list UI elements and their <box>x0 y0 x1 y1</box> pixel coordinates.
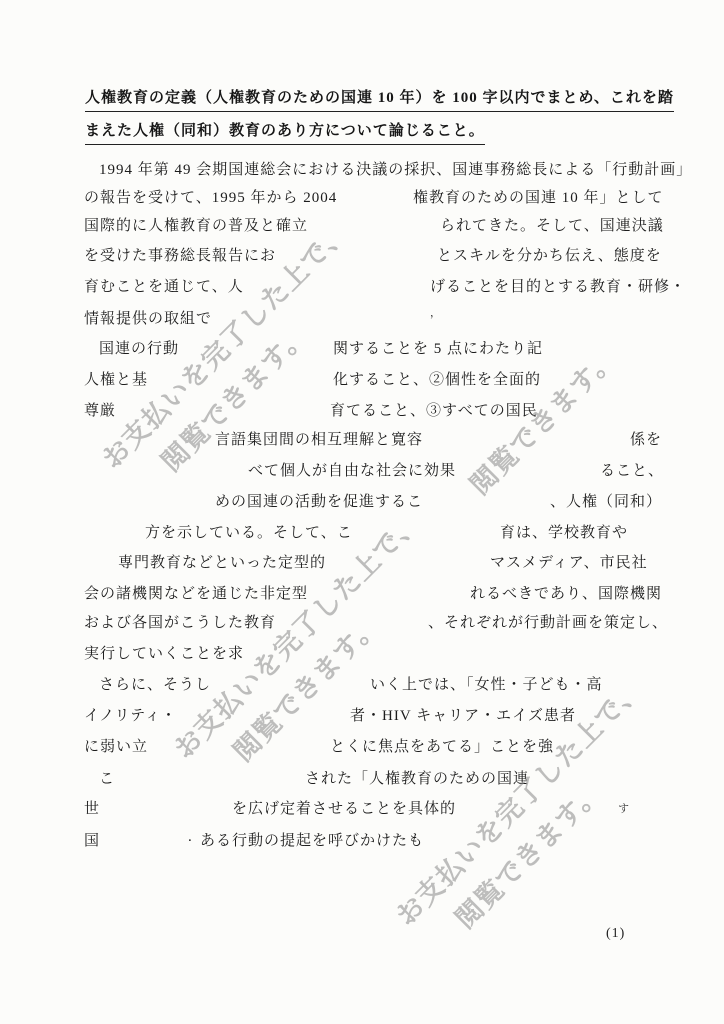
body-text-fragment: 方を示している。そして、こ <box>145 521 353 542</box>
body-text-fragment: 係を <box>630 428 662 449</box>
body-text-fragment: 言語集団間の相互理解と寛容 <box>215 428 423 449</box>
body-text-fragment: 情報提供の取組で <box>84 307 212 328</box>
body-text-fragment: . <box>188 829 193 846</box>
document-title-line-2: まえた人権（同和）教育のあり方について論じること。 <box>85 119 485 145</box>
document-page: 人権教育の定義（人権教育のための国連 10 年）を 100 字以内でまとめ、これ… <box>0 0 724 1024</box>
payment-watermark-line: 閲覧できます。 <box>460 338 628 506</box>
body-text-fragment: す <box>618 800 630 816</box>
body-text-fragment: ， <box>430 304 442 320</box>
body-text-fragment: さらに、そうし <box>99 673 211 694</box>
body-text-fragment: 関することを 5 点にわたり記 <box>333 337 543 358</box>
body-text-fragment: を広げ定着させることを具体的 <box>232 797 456 818</box>
body-text-fragment: 会の諸機関などを通じた非定型 <box>84 582 308 603</box>
body-text-fragment: 化すること、②個性を全面的 <box>333 368 541 389</box>
body-text-fragment: 権教育のための国連 10 年」として <box>413 186 664 207</box>
body-text-fragment: イノリティ・ <box>84 704 177 725</box>
body-text-fragment: られてきた。そして、国連決議 <box>440 214 664 235</box>
body-text-fragment: 育てること、③すべての国民 <box>330 399 538 420</box>
document-title-line-1: 人権教育の定義（人権教育のための国連 10 年）を 100 字以内でまとめ、これ… <box>85 86 674 112</box>
body-text-fragment: ること、 <box>600 459 664 480</box>
body-text-fragment: 専門教育などといった定型的 <box>118 551 326 572</box>
page-number: (1) <box>606 926 625 942</box>
body-text-fragment: 実行していくことを求 <box>84 642 244 663</box>
body-text-fragment: 国際的に人権教育の普及と確立 <box>84 214 308 235</box>
body-text-fragment: とくに焦点をあてる」ことを強 <box>330 735 554 756</box>
payment-watermark-line: お支払いを完了した上で、 <box>164 502 432 770</box>
body-text-fragment: 者・HIV キャリア・エイズ患者 <box>350 704 576 725</box>
body-text-fragment: げることを目的とする教育・研修・ <box>430 275 686 296</box>
body-text-fragment: 、それぞれが行動計画を策定し、 <box>428 611 668 632</box>
body-text-fragment: 世 <box>84 797 100 818</box>
body-text-fragment: ある行動の提起を呼びかけたも <box>200 829 424 850</box>
body-text-fragment: こ <box>99 767 115 788</box>
body-text-fragment: れるべきであり、国際機関 <box>470 582 662 603</box>
body-text-fragment: に弱い立 <box>84 735 148 756</box>
body-text-fragment: 1994 年第 49 会期国連総会における決議の採択、国連事務総長による「行動計… <box>99 158 692 179</box>
body-text-fragment: 人権と基 <box>84 368 148 389</box>
body-text-fragment: 育は、学校教育や <box>500 521 628 542</box>
body-text-fragment: とスキルを分かち伝え、態度を <box>437 244 662 265</box>
body-text-fragment: 育むことを通じて、人 <box>84 275 244 296</box>
body-text-fragment: 国 <box>84 829 100 850</box>
body-text-fragment: および各国がこうした教育 <box>84 611 276 632</box>
body-text-fragment: いく上では、「女性・子ども・高 <box>370 673 603 694</box>
body-text-fragment: の報告を受けて、1995 年から 2004 <box>84 186 337 207</box>
body-text-fragment: を受けた事務総長報告にお <box>84 244 276 265</box>
body-text-fragment: 、人権（同和） <box>550 490 662 511</box>
body-text-fragment: 国連の行動 <box>99 337 179 358</box>
body-text-fragment: 尊厳 <box>84 399 116 420</box>
body-text-fragment: マスメディア、市民社 <box>490 551 648 572</box>
body-text-fragment: めの国連の活動を促進するこ <box>215 490 423 511</box>
body-text-fragment: された「人権教育のための国連 <box>305 767 529 788</box>
payment-watermark: 閲覧できます。 <box>460 338 628 506</box>
body-text-fragment: べて個人が自由な社会に効果 <box>248 459 456 480</box>
